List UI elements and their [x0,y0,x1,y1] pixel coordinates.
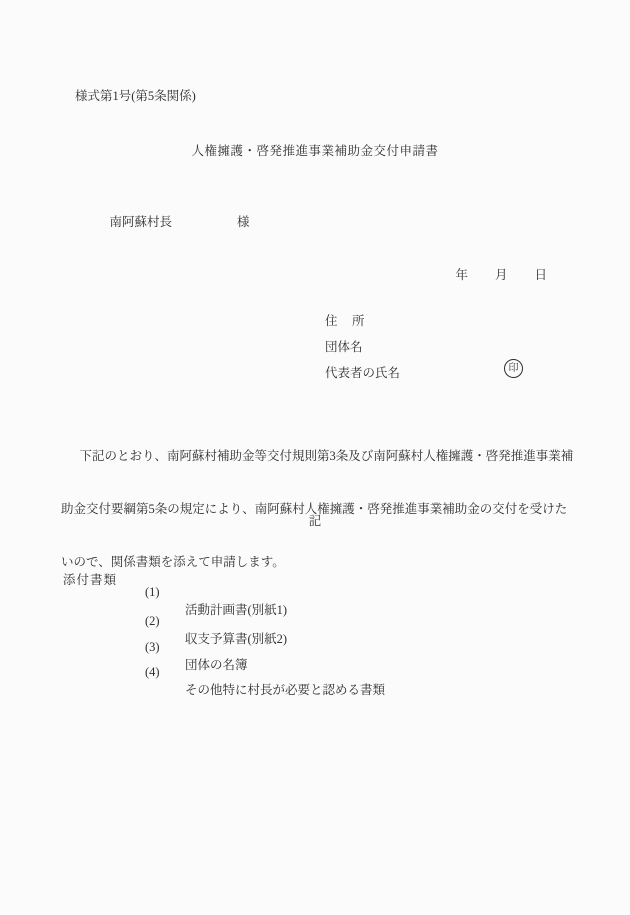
addressee-name: 南阿蘇村長 [110,215,173,229]
attachment-item: (2) 収支予算書(別紙2) [0,599,630,615]
addressee-honorific: 様 [237,215,250,229]
application-form-page: 様式第1号(第5条関係) 人権擁護・啓発推進事業補助金交付申請書 南阿蘇村長様 … [0,0,630,915]
date-day-label: 日 [535,268,548,282]
addressee-line: 南阿蘇村長様 [97,197,250,245]
form-number: 様式第1号(第5条関係) [75,86,196,104]
document-title: 人権擁護・啓発推進事業補助金交付申請書 [0,141,630,159]
date-line: 年月日 [443,250,547,298]
attachment-item: (1) 活動計画書(別紙1) [0,570,630,586]
organization-name-label: 団体名 [325,337,363,355]
representative-name-label: 代表者の氏名 [325,363,400,381]
date-year-label: 年 [456,268,469,282]
attachment-item-number: (4) [145,665,160,680]
date-month-label: 月 [495,268,508,282]
section-mark: 記 [0,511,630,529]
attachment-item-text: その他特に村長が必要と認める書類 [185,680,385,698]
attachment-item: (3) 団体の名簿 [0,625,630,641]
attachment-item: (4) その他特に村長が必要と認める書類 [0,650,630,666]
body-line: 下記のとおり、南阿蘇村補助金等交付規則第3条及び南阿蘇村人権擁護・啓発推進事業補 [61,445,581,468]
seal-mark: 印 [504,359,523,378]
attachment-item-number: (1) [145,585,160,600]
address-label: 住 所 [325,311,366,329]
